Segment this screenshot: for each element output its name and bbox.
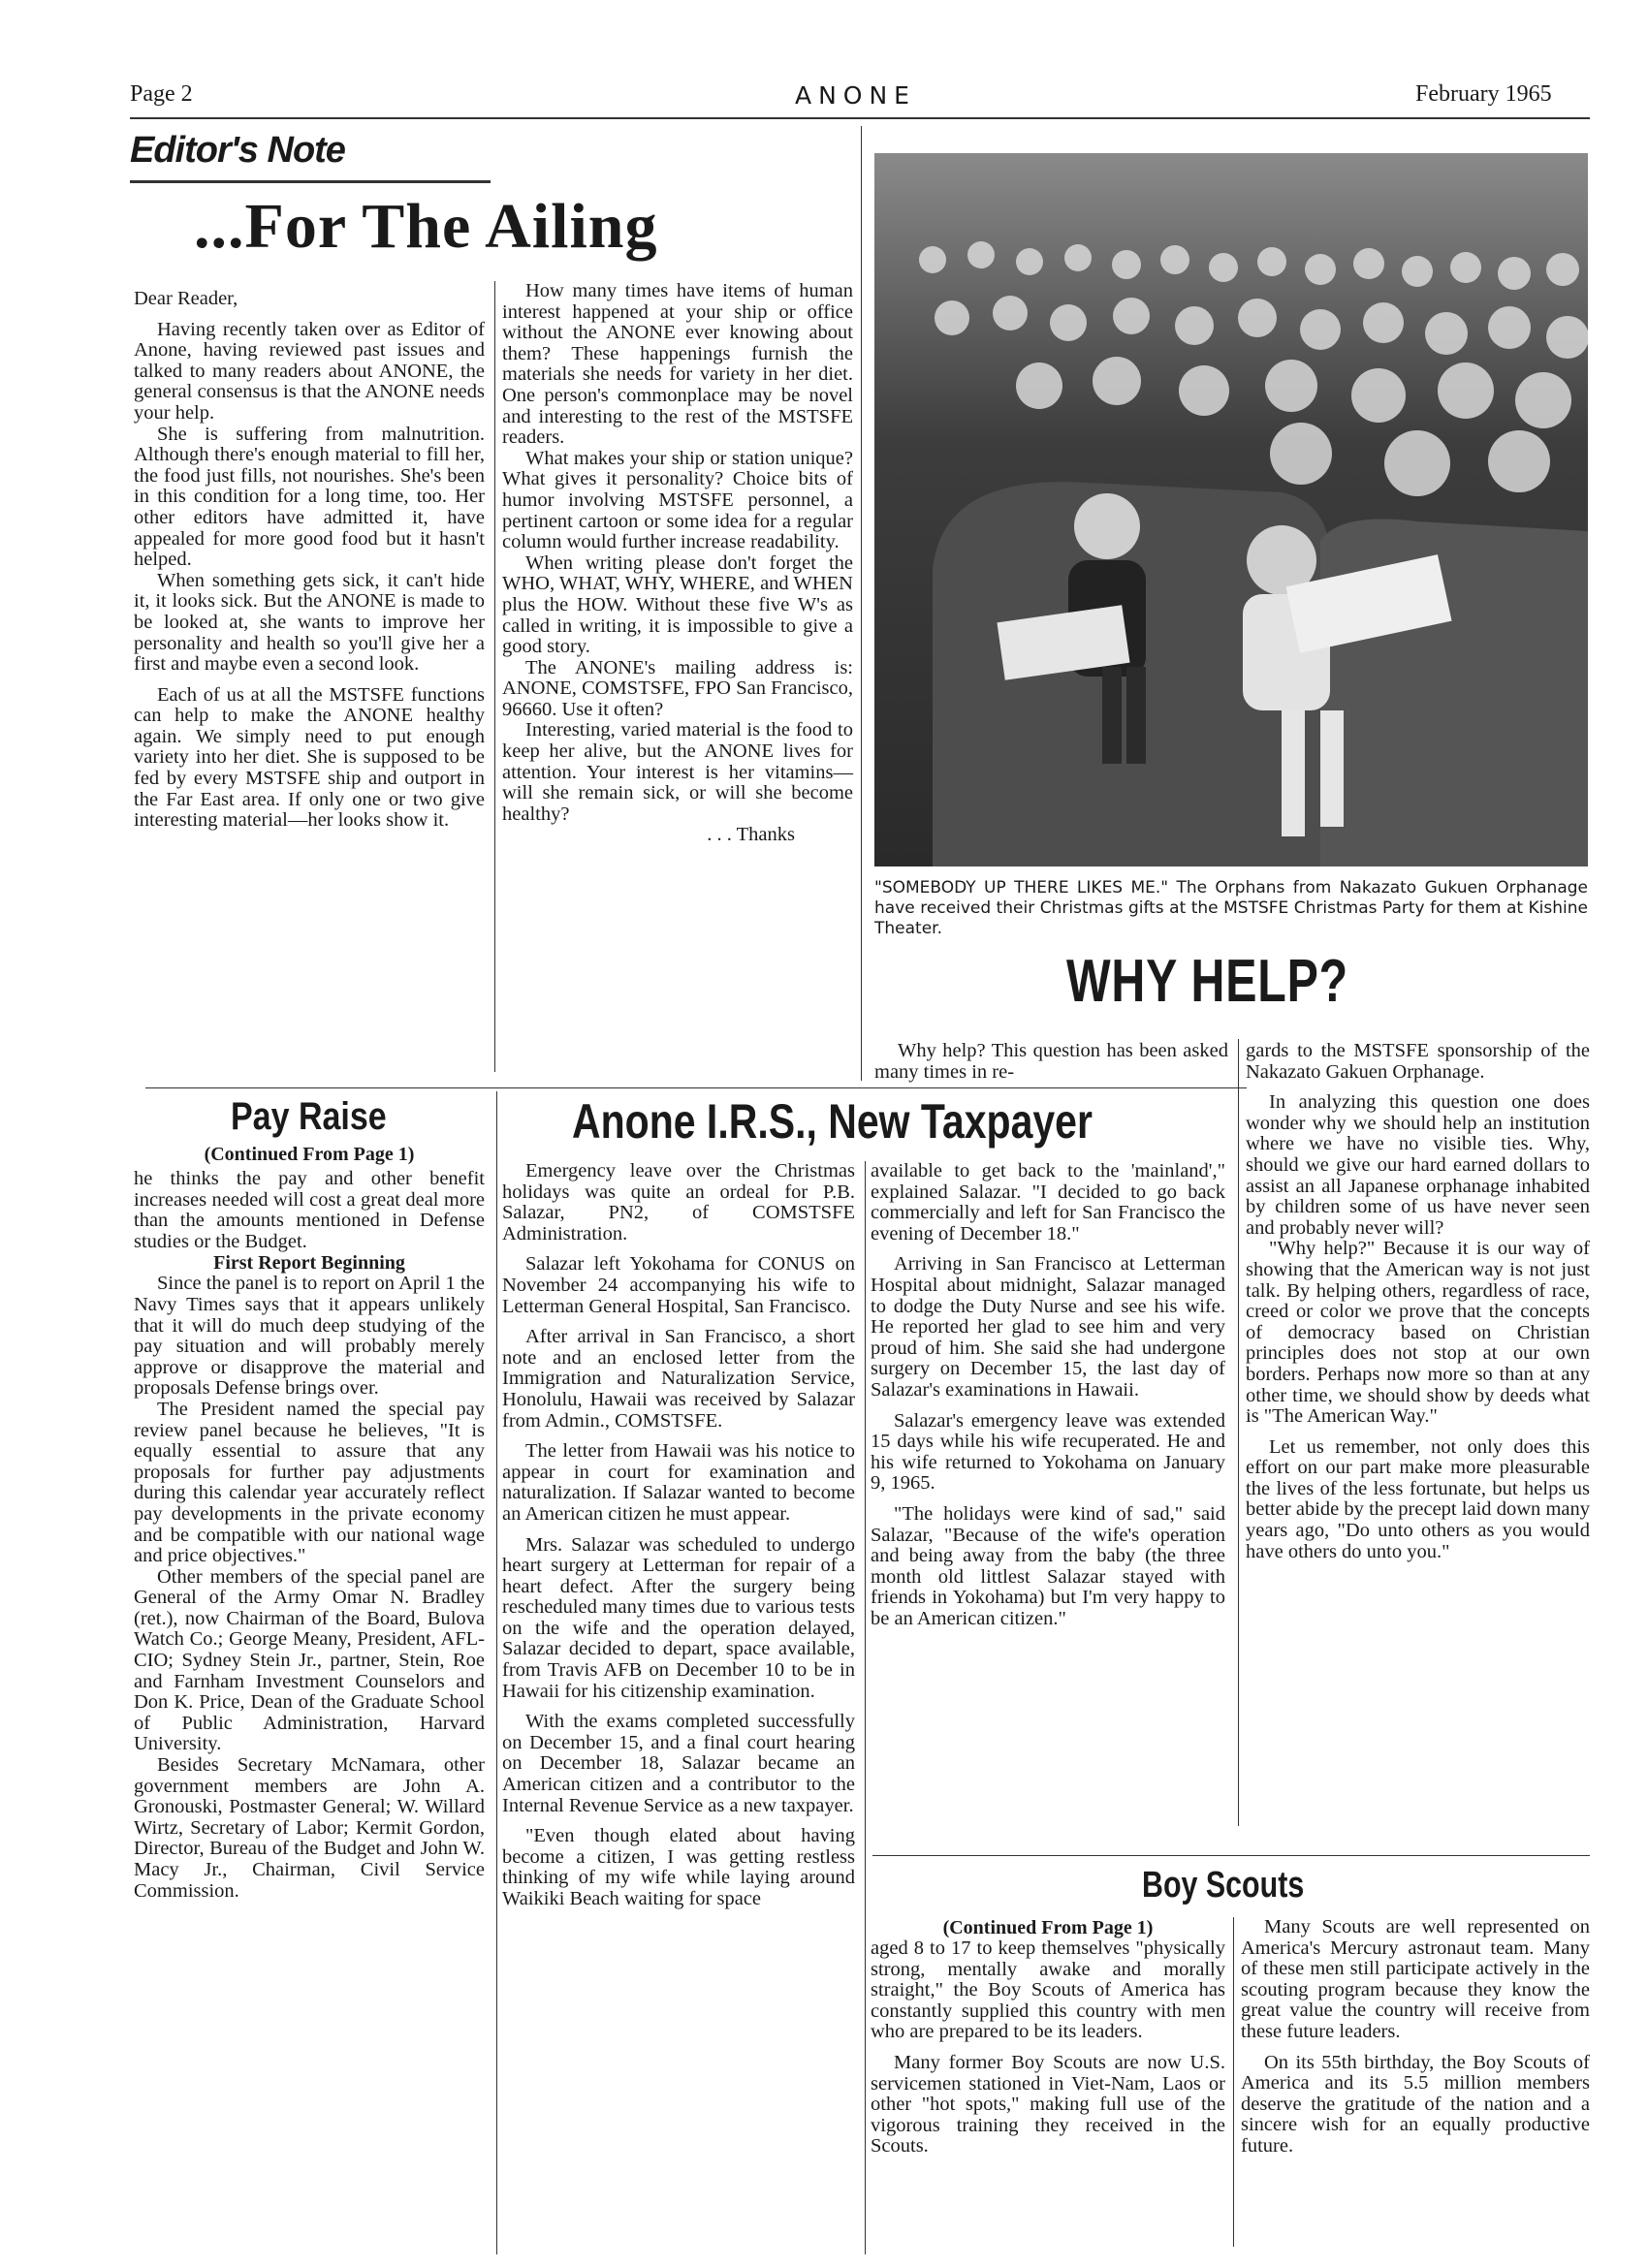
editors-note-col2: How many times have items of human inter… [502,281,853,846]
boy-scouts-col1: (Continued From Page 1) aged 8 to 17 to … [871,1917,1225,2158]
paragraph: How many times have items of human inter… [502,281,853,449]
paragraph: Why help? This question has been asked m… [874,1041,1228,1083]
section-rule [872,1855,1590,1856]
column-divider [1233,1917,1234,2247]
paragraph: Besides Secretary McNamara, other govern… [134,1755,485,1902]
paragraph: Having recently taken over as Editor of … [134,320,485,425]
photo-orphans-theater [874,153,1588,866]
paragraph: he thinks the pay and other benefit incr… [134,1169,485,1252]
paragraph: Arriving in San Francisco at Letterman H… [871,1254,1225,1401]
editors-note-kicker: Editor's Note [130,130,345,172]
kicker-underline [130,180,491,183]
column-divider [861,126,862,1081]
irs-col1: Emergency leave over the Christmas holid… [502,1161,855,1910]
irs-col2: available to get back to the 'mainland',… [871,1161,1225,1629]
paragraph: "The holidays were kind of sad," said Sa… [871,1504,1225,1630]
photo-image [874,153,1588,866]
paragraph: Many former Boy Scouts are now U.S. serv… [871,2053,1225,2158]
paragraph: Mrs. Salazar was scheduled to undergo he… [502,1535,855,1703]
why-help-headline: WHY HELP? [1066,950,1348,1014]
paragraph: What makes your ship or station unique? … [502,449,853,553]
continued-from-label: (Continued From Page 1) [871,1917,1225,1938]
paragraph: aged 8 to 17 to keep themselves "physica… [871,1938,1225,2043]
pay-raise-body: he thinks the pay and other benefit incr… [134,1169,485,1902]
column-divider [1238,1039,1239,1826]
column-divider [865,1161,866,2254]
signoff: . . . Thanks [502,825,853,846]
boy-scouts-headline: Boy Scouts [1142,1865,1304,1906]
page-number: Page 2 [130,81,193,108]
paragraph: Other members of the special panel are G… [134,1567,485,1755]
paragraph: available to get back to the 'mainland',… [871,1161,1225,1244]
section-rule [145,1087,1247,1088]
paragraph: Many Scouts are well represented on Amer… [1241,1917,1590,2043]
paragraph: "Why help?" Because it is our way of sho… [1246,1239,1590,1427]
photo-caption: "SOMEBODY UP THERE LIKES ME." The Orphan… [874,878,1588,939]
paragraph: When something gets sick, it can't hide … [134,571,485,676]
editors-note-col1: Dear Reader, Having recently taken over … [134,289,485,832]
paragraph: "Even though elated about having become … [502,1826,855,1909]
salutation: Dear Reader, [134,289,485,310]
column-divider [494,281,495,1072]
pay-raise-headline: Pay Raise [231,1095,387,1138]
paragraph: Salazar left Yokohama for CONUS on Novem… [502,1254,855,1317]
editors-note-headline: ...For The Ailing [194,190,657,264]
irs-headline: Anone I.R.S., New Taxpayer [572,1095,1093,1148]
paragraph: When writing please don't forget the WHO… [502,553,853,658]
why-help-col2: gards to the MSTSFE sponsorship of the N… [1246,1041,1590,1562]
paragraph: The ANONE's mailing address is: ANONE, C… [502,658,853,721]
boy-scouts-col2: Many Scouts are well represented on Amer… [1241,1917,1590,2158]
paragraph: The letter from Hawaii was his notice to… [502,1441,855,1525]
paragraph: On its 55th birthday, the Boy Scouts of … [1241,2053,1590,2158]
paragraph: gards to the MSTSFE sponsorship of the N… [1246,1041,1590,1083]
header-rule [130,117,1590,119]
issue-date: February 1965 [1415,81,1552,108]
paragraph: Each of us at all the MSTSFE functions c… [134,685,485,832]
paragraph: She is suffering from malnutrition. Alth… [134,425,485,571]
paragraph: Since the panel is to report on April 1 … [134,1274,485,1400]
why-help-col1: Why help? This question has been asked m… [874,1041,1228,1083]
paragraph: Interesting, varied material is the food… [502,720,853,825]
paragraph: The President named the special pay revi… [134,1400,485,1567]
paragraph: In analyzing this question one does wond… [1246,1092,1590,1239]
pay-raise-subhead: First Report Beginning [134,1252,485,1274]
continued-from-label: (Continued From Page 1) [134,1144,485,1165]
paragraph: With the exams completed successfully on… [502,1712,855,1816]
column-divider [496,1091,497,2254]
paragraph: Let us remember, not only does this effo… [1246,1437,1590,1563]
paragraph: Salazar's emergency leave was extended 1… [871,1411,1225,1495]
paragraph: After arrival in San Francisco, a short … [502,1327,855,1432]
paragraph: Emergency leave over the Christmas holid… [502,1161,855,1244]
masthead: ANONE [795,81,916,110]
